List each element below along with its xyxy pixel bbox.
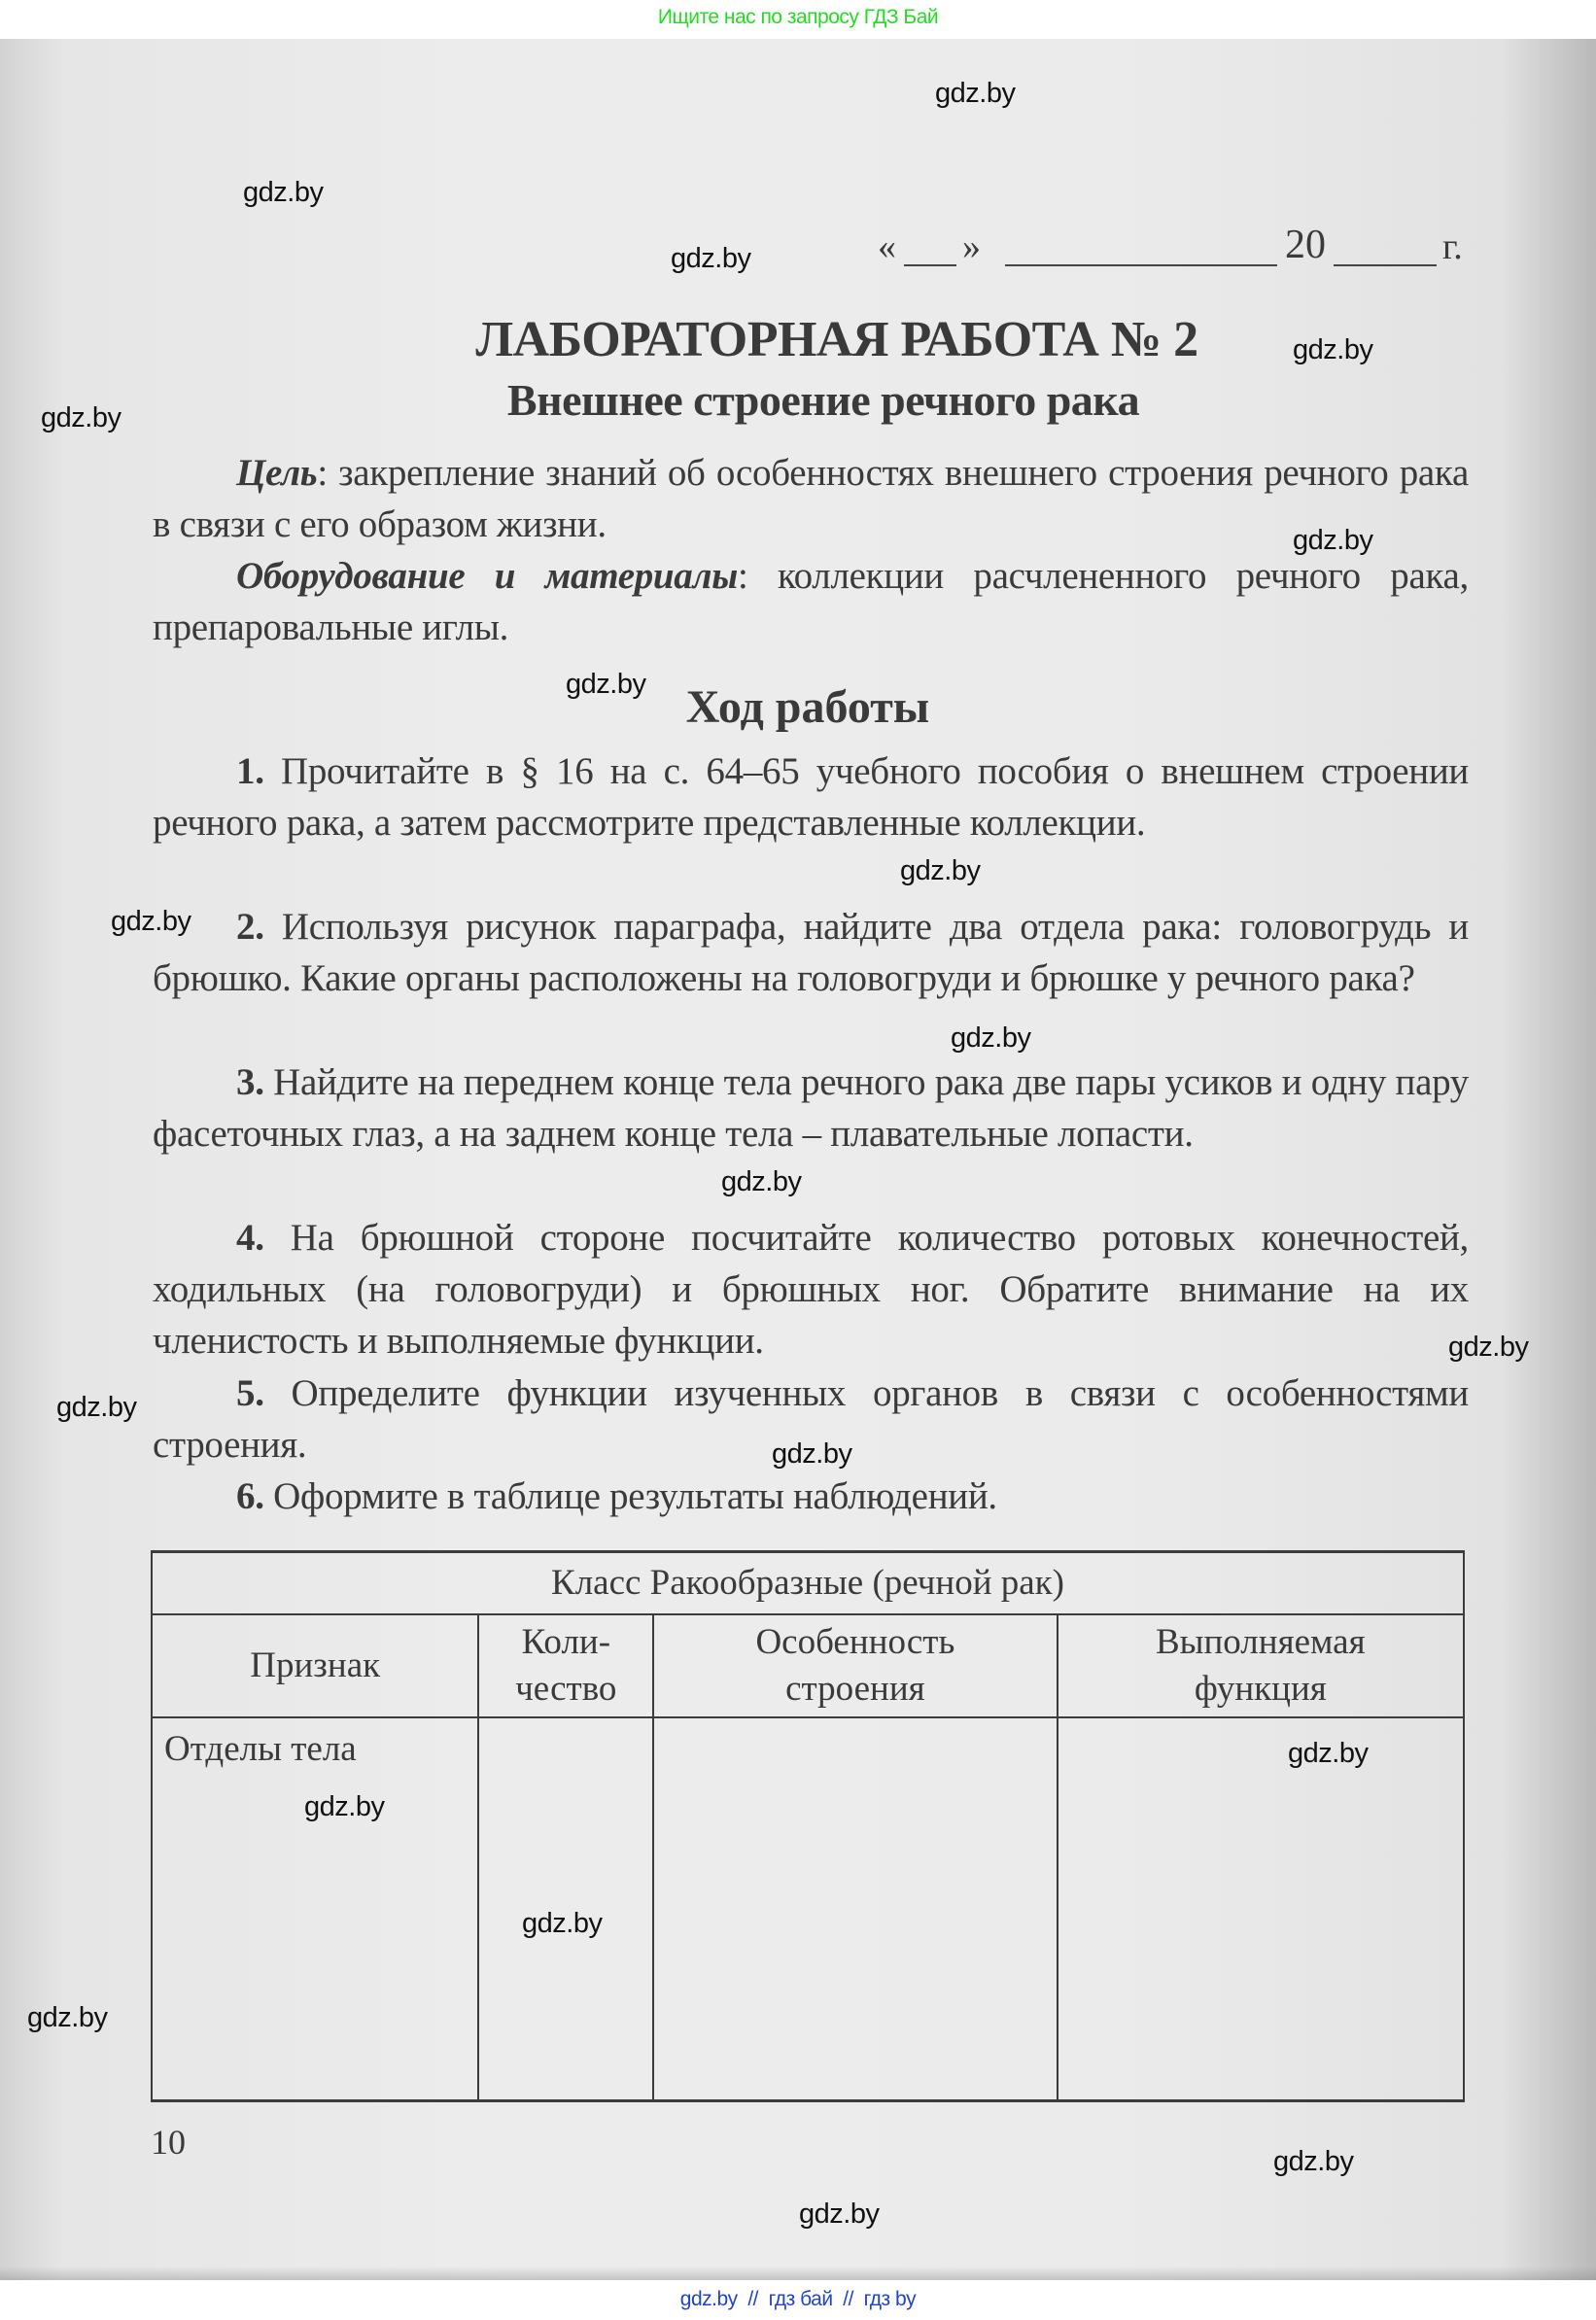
header-structure: Особенностьстроения: [653, 1614, 1057, 1717]
step-3: 3. Найдите на переднем конце тела речног…: [153, 1056, 1469, 1160]
watermark: gdz.by: [671, 243, 750, 275]
watermark: gdz.by: [27, 2002, 107, 2034]
watermark: gdz.by: [243, 177, 323, 209]
header-function: Выполняемаяфункция: [1058, 1614, 1464, 1717]
step-1: 1. Прочитайте в § 16 на с. 64–65 учебног…: [153, 745, 1469, 848]
table-row: Отделы тела: [152, 1717, 1464, 2101]
watermark: gdz.by: [111, 906, 191, 938]
lab-subtitle: Внешнее строение речного рака: [25, 374, 1596, 426]
top-banner: Ищите нас по запросу ГДЗ Бай: [0, 0, 1596, 39]
cell-feature[interactable]: Отделы тела: [152, 1717, 478, 2101]
month-blank: [1005, 264, 1277, 266]
year-prefix: 20: [1285, 222, 1326, 268]
watermark: gdz.by: [1448, 1332, 1528, 1364]
day-blank: [904, 264, 956, 266]
watermark: gdz.by: [935, 78, 1015, 110]
observation-table: Класс Ракообразные (речной рак) Признак …: [151, 1550, 1465, 2102]
procedure-heading: Ход работы: [0, 680, 1596, 734]
cell-function[interactable]: [1058, 1717, 1464, 2101]
watermark: gdz.by: [1293, 334, 1372, 366]
watermark: gdz.by: [1288, 1738, 1368, 1770]
step-2: 2. Используя рисунок параграфа, найдите …: [153, 901, 1469, 1004]
watermark: gdz.by: [41, 402, 121, 434]
goal-text: : закрепление знаний об особенностях вне…: [153, 452, 1469, 545]
equipment-label: Оборудование и материалы: [236, 555, 738, 597]
watermark: gdz.by: [522, 1908, 602, 1940]
date-close-quote: »: [962, 225, 981, 268]
step-6: 6. Оформите в таблице результаты наблюде…: [153, 1471, 1469, 1522]
year-blank: [1334, 264, 1437, 266]
header-quantity: Коли-чество: [478, 1614, 653, 1717]
goal-paragraph: Цель: закрепление знаний об особенностях…: [153, 447, 1469, 550]
watermark: gdz.by: [56, 1392, 136, 1424]
watermark: gdz.by: [721, 1166, 801, 1198]
watermark: gdz.by: [1273, 2146, 1353, 2178]
cell-structure[interactable]: [653, 1717, 1057, 2101]
watermark: gdz.by: [799, 2199, 879, 2231]
page-number: 10: [151, 2122, 186, 2163]
bottom-banner: gdz.by // гдз бай // гдз by: [0, 2280, 1596, 2320]
year-suffix: г.: [1442, 225, 1463, 268]
watermark: gdz.by: [1293, 525, 1372, 557]
watermark: gdz.by: [951, 1022, 1030, 1055]
goal-label: Цель: [236, 452, 317, 494]
step-4: 4. На брюшной стороне посчитайте количес…: [153, 1212, 1469, 1367]
watermark: gdz.by: [900, 855, 980, 887]
watermark: gdz.by: [566, 669, 645, 701]
date-line: « » 20 г.: [865, 225, 1468, 274]
header-feature: Признак: [152, 1614, 478, 1717]
equipment-paragraph: Оборудование и материалы: коллекции расч…: [153, 550, 1469, 653]
watermark: gdz.by: [304, 1791, 384, 1823]
watermark: gdz.by: [772, 1438, 851, 1471]
date-open-quote: «: [878, 225, 896, 268]
table-caption: Класс Ракообразные (речной рак): [152, 1552, 1464, 1615]
